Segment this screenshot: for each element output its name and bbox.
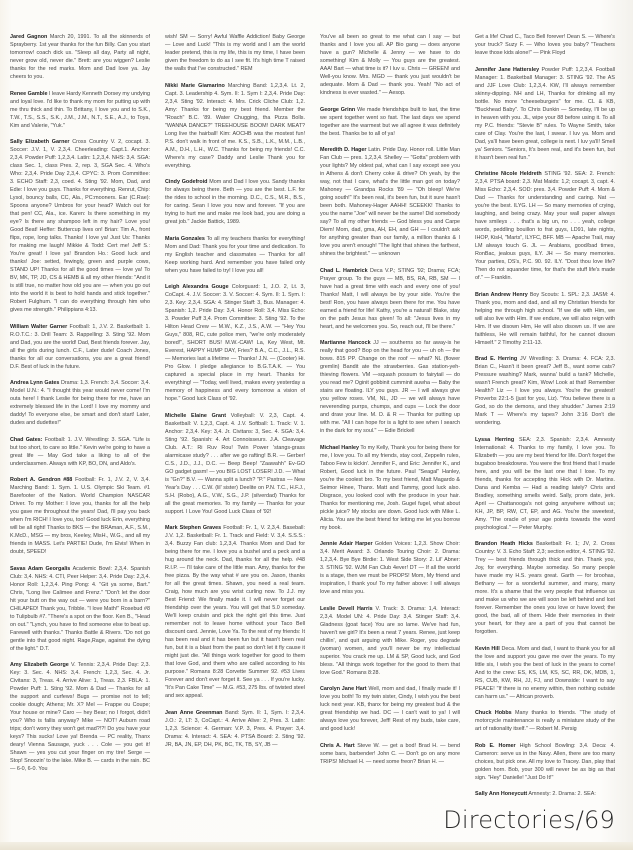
senior-name: Michelle Elaine Grant xyxy=(165,413,226,419)
senior-entry: Sally Ann Honeycutt Amnesty: 2. Drama: 2… xyxy=(475,790,615,798)
senior-entry-text: Mom and Dad I love you. Sandy thanks for… xyxy=(165,179,305,225)
senior-name: Brian Andrew Henry xyxy=(475,292,528,298)
senior-entry-text: Colorguard: 1, J.O. 2, Lt. 3, CoCapt. 4.… xyxy=(165,284,305,402)
senior-name: Kevin Hill xyxy=(475,646,500,652)
senior-entry: Get a life! Chad C., Taco Bell forever! … xyxy=(475,33,615,57)
senior-entry-text: Powder Puff: 1,2,3,4. Football Manager: … xyxy=(475,67,615,161)
senior-entry-text: Football: 1, J.V. 2. Basketball: 1. R.O.… xyxy=(10,324,150,370)
senior-name: Chuck Hobbs xyxy=(475,710,512,716)
senior-entry-text: Drama: 1,3. French: 3,4. Soccer: 3,4. Mo… xyxy=(10,380,150,426)
senior-name: Brandon Heath Hicks xyxy=(475,541,533,547)
senior-name: Carolyn Jane Hart xyxy=(320,686,367,692)
senior-entry: Chad L. Hambrick Deca V.P.; STING '92; D… xyxy=(320,267,460,331)
senior-entry: wish! SM — Sorry! Awful Waffle Addiction… xyxy=(165,33,305,73)
senior-entry: Meredith D. Hager Latin. Pride Day. Hono… xyxy=(320,146,460,258)
senior-entry-text: JJ — southerns so far away-is he really … xyxy=(320,340,460,434)
senior-entry-text: Golden Voices: 1,2,3. Show Choir: 3,4. M… xyxy=(320,541,460,595)
senior-name: Michael Hanley xyxy=(320,445,359,451)
directory-columns: Jared Gagnon March 20, 1991. To all the … xyxy=(10,33,620,807)
senior-entry-text: Marching Band: 1,2,3,4. Lt. 2, Capt. 3. … xyxy=(165,83,305,169)
senior-entry: Nikki Marie Giamarino Marching Band: 1,2… xyxy=(165,82,305,170)
senior-name: Robert A. Gendron #88 xyxy=(10,477,72,483)
senior-entry-text: STING '92. SEA: 2. French: 2,3,4. PTSA b… xyxy=(475,171,615,281)
senior-name: Jean Anne Greenman xyxy=(165,710,222,716)
senior-entry: Lyssa Herring SEA: 2,3. Spanish: 2,3,4. … xyxy=(475,436,615,532)
senior-entry-text: Football: Fr. 1, J.V. 2, V. 3,4. Marchin… xyxy=(10,477,150,555)
senior-entry: Jennie Adair Harper Golden Voices: 1,2,3… xyxy=(320,540,460,596)
senior-entry: Chuck Hobbs Many thanks to friends. "The… xyxy=(475,709,615,733)
senior-name: Mark Stephen Graves xyxy=(165,525,221,531)
senior-entry: George Grinn We made friendships built t… xyxy=(320,106,460,138)
senior-name: Jennifer Jane Hattersley xyxy=(475,67,539,73)
senior-entry-text: Deca V.P.; STING '92; Drama; FCA; Prayer… xyxy=(320,268,460,330)
column-3: You've all been so great to me what can … xyxy=(320,33,460,807)
senior-entry: Michelle Elaine Grant Volleyball: V. 2,3… xyxy=(165,412,305,516)
yearbook-page: Jared Gagnon March 20, 1991. To all the … xyxy=(0,0,633,850)
senior-entry: Robert A. Gendron #88 Football: Fr. 1, J… xyxy=(10,476,150,556)
senior-name: Leslie Devell Harris xyxy=(320,606,373,612)
senior-entry: Leigh Alexandra Gouge Colorguard: 1, J.O… xyxy=(165,283,305,403)
senior-name: Leigh Alexandra Gouge xyxy=(165,284,229,290)
senior-entry-text: V. Tennis: 2,3,4. Pride Day: 2,3. Key: 3… xyxy=(10,662,150,772)
senior-entry-text: wish! SM — Sorry! Awful Waffle Addiction… xyxy=(165,34,305,72)
senior-name: Maria Gonzales xyxy=(165,236,205,242)
senior-entry: Christine Nicole Heldreth STING '92. SEA… xyxy=(475,170,615,282)
senior-name: Amy Elizabeth George xyxy=(10,662,69,668)
senior-name: Savas Adam Georgalis xyxy=(10,566,70,572)
senior-entry: Kevin Hill Deca. Mom and dad, I want to … xyxy=(475,645,615,701)
senior-entry: Brian Andrew Henry Boy Scouts: 1. SPL: 2… xyxy=(475,291,615,347)
senior-entry: Brad E. Herring JV Wrestling: 3. Drama: … xyxy=(475,355,615,427)
senior-name: Chad Gates: xyxy=(10,437,42,443)
senior-entry: William Walter Garner Football: 1, J.V. … xyxy=(10,323,150,371)
senior-name: Meredith D. Hager xyxy=(320,147,367,153)
column-2: wish! SM — Sorry! Awful Waffle Addiction… xyxy=(165,33,305,807)
senior-name: Brad E. Herring xyxy=(475,356,517,362)
senior-entry: Amy Elizabeth George V. Tennis: 2,3,4. P… xyxy=(10,661,150,773)
senior-entry: Michael Hanley To my Kelly, Thank you fo… xyxy=(320,444,460,532)
senior-name: Andrea Lynn Gates xyxy=(10,380,59,386)
page-footer-title: Directories/69 xyxy=(443,806,615,834)
senior-entry-text: Basketball: Fr. 1; JV, 2. Cross Country:… xyxy=(475,541,615,635)
senior-entry-text: JV Wrestling: 3. Drama: 4. FCA: 2,3. Bri… xyxy=(475,356,615,426)
senior-entry: Jared Gagnon March 20, 1991. To all the … xyxy=(10,33,150,81)
senior-name: Martianne Hancock xyxy=(320,340,371,346)
senior-name: Sally Elizabeth Garner xyxy=(10,139,69,145)
senior-entry: Rob E. Homer High School Bowling: 3,4. D… xyxy=(475,742,615,782)
senior-entry-text: Football: Fr. 1, V. 2,3,4. Baseball: J.V… xyxy=(165,525,305,699)
senior-entry-text: Well, mom and dad, I finally made it! I … xyxy=(320,686,460,732)
senior-entry-text: Amnesty: 2. Drama: 2. SEA: xyxy=(528,791,595,797)
senior-name: Lyssa Herring xyxy=(475,437,514,443)
senior-entry: Brandon Heath Hicks Basketball: Fr. 1; J… xyxy=(475,540,615,636)
senior-entry: Jennifer Jane Hattersley Powder Puff: 1,… xyxy=(475,66,615,162)
senior-entry: Martianne Hancock JJ — southerns so far … xyxy=(320,339,460,435)
senior-entry: Mark Stephen Graves Football: Fr. 1, V. … xyxy=(165,524,305,700)
senior-entry-text: Get a life! Chad C., Taco Bell forever! … xyxy=(475,34,615,56)
senior-entry-text: March 20, 1991. To all the skinnerds of … xyxy=(10,34,150,80)
senior-entry-text: Boy Scouts: 1. SPL: 2,3. JASM: 4. Thank … xyxy=(475,292,615,346)
senior-name: Nikki Marie Giamarino xyxy=(165,83,225,89)
senior-name: Christine Nicole Heldreth xyxy=(475,171,542,177)
senior-entry-text: Academic Bowl: 2,3,4. Spanish Club: 3,4.… xyxy=(10,566,150,652)
senior-entry: Carolyn Jane Hart Well, mom and dad, I f… xyxy=(320,685,460,733)
senior-name: Chris A. Hart xyxy=(320,743,355,749)
senior-entry: Savas Adam Georgalis Academic Bowl: 2,3,… xyxy=(10,565,150,653)
senior-entry-text: Latin. Pride Day. Honor roll. Little Man… xyxy=(320,147,460,257)
column-1: Jared Gagnon March 20, 1991. To all the … xyxy=(10,33,150,807)
senior-name: Rob E. Homer xyxy=(475,743,516,749)
senior-entry: Maria Gonzales To all my teachers thanks… xyxy=(165,235,305,275)
senior-entry-text: Cross Country V. 2, cocapt. 3. Soccer: J… xyxy=(10,139,150,313)
senior-name: George Grinn xyxy=(320,107,355,113)
senior-name: Sally Ann Honeycutt xyxy=(475,791,527,797)
senior-name: Chad L. Hambrick xyxy=(320,268,368,274)
senior-name: Renee Gamble xyxy=(10,91,47,97)
page-edge xyxy=(0,842,633,850)
senior-entry: Cindy Godefroid Mom and Dad I love you. … xyxy=(165,178,305,226)
senior-entry: You've all been so great to me what can … xyxy=(320,33,460,97)
senior-name: Cindy Godefroid xyxy=(165,179,207,185)
senior-entry-text: You've all been so great to me what can … xyxy=(320,34,460,96)
senior-entry: Sally Elizabeth Garner Cross Country V. … xyxy=(10,138,150,314)
senior-entry-text: Volleyball: V. 2,3, Capt. 4. Basketball:… xyxy=(165,413,305,515)
senior-entry: Chris A. Hart Steve W. — get a bod! Brad… xyxy=(320,742,460,766)
senior-entry: Renee Gamble I leave Hardy Kenneth Dorse… xyxy=(10,90,150,130)
senior-entry: Leslie Devell Harris V. Track: 3. Drama:… xyxy=(320,605,460,677)
senior-entry: Jean Anne Greenman Band: Sym. II: 1, Sym… xyxy=(165,709,305,749)
senior-entry-text: V. Track: 3. Drama: 1,4. Interact: 2,3,4… xyxy=(320,606,460,676)
senior-name: William Walter Garner xyxy=(10,324,67,330)
senior-entry-text: Deca. Mom and dad, I want to thank you f… xyxy=(475,646,615,700)
senior-name: Jared Gagnon xyxy=(10,34,47,40)
senior-name: Jennie Adair Harper xyxy=(320,541,373,547)
senior-entry-text: SEA: 2,3. Spanish: 2,3,4. Amnesty Intern… xyxy=(475,437,615,531)
column-4: Get a life! Chad C., Taco Bell forever! … xyxy=(475,33,615,807)
senior-entry: Andrea Lynn Gates Drama: 1,3. French: 3,… xyxy=(10,379,150,427)
senior-entry: Chad Gates: Football: 1. J.V. Wrestling:… xyxy=(10,436,150,468)
senior-entry-text: To my Kelly, Thank you for being there f… xyxy=(320,445,460,531)
